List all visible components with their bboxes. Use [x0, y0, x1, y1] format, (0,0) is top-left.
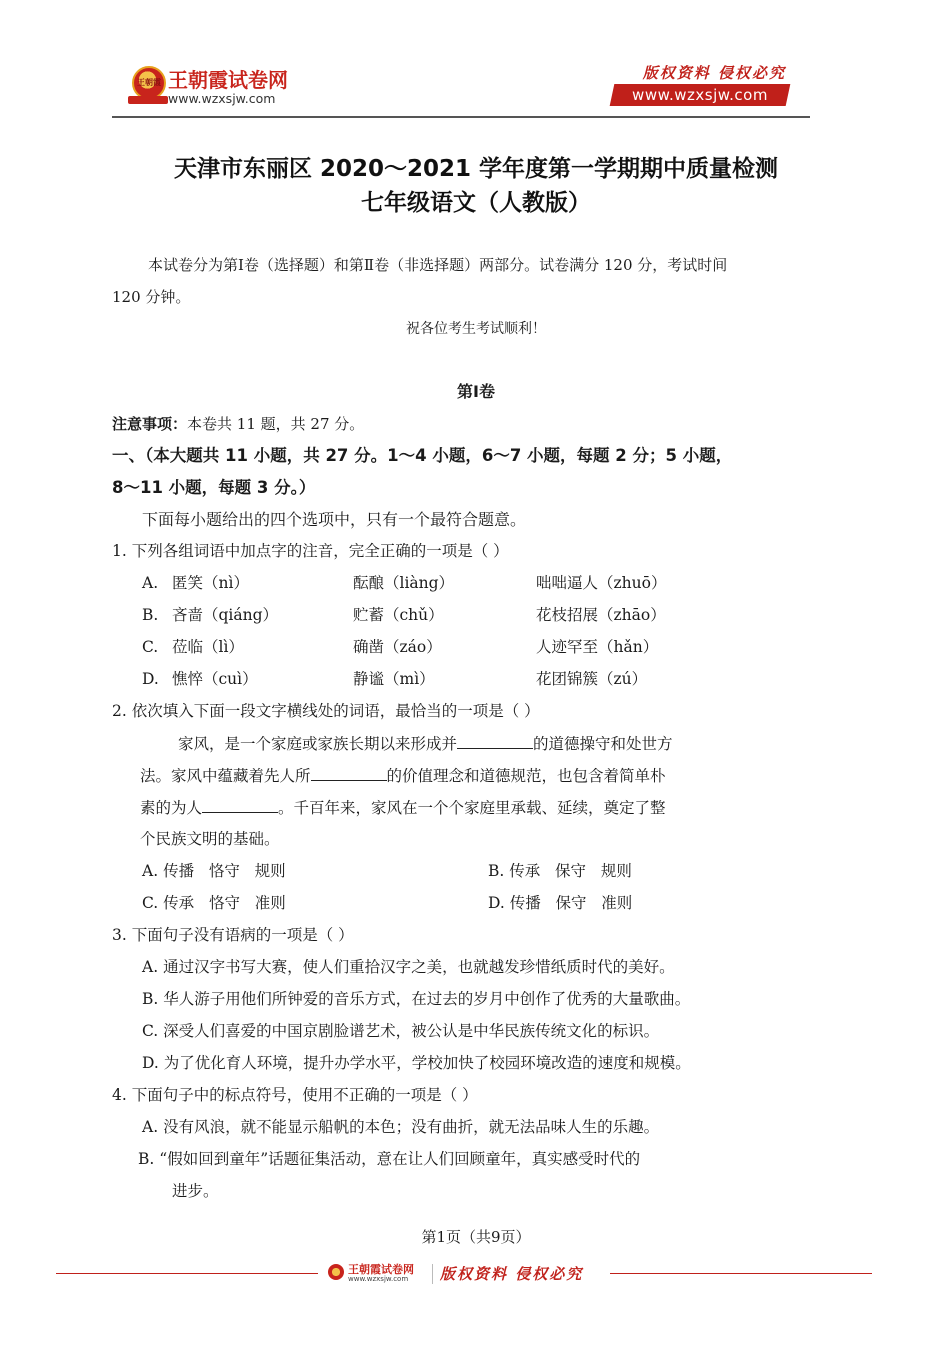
- footer-copyright: 版权资料 侵权必究: [440, 1263, 583, 1284]
- passage-text: 家风，是一个家庭或家族长期以来形成并: [178, 735, 457, 753]
- logo-badge: 王朝霞: [132, 66, 166, 100]
- page-footer: 王朝霞试卷网 www.wzxsjw.com 版权资料 侵权必究: [56, 1262, 872, 1286]
- option-label: D.: [142, 1054, 159, 1072]
- footer-separator: [432, 1264, 433, 1284]
- exam-title: 天津市东丽区 2020～2021 学年度第一学期期中质量检测: [0, 150, 952, 183]
- part-heading-line-2: 8～11 小题，每题 3 分。）: [112, 478, 315, 498]
- question-3-stem: 3. 下面句子没有语病的一项是（ ）: [112, 925, 354, 945]
- option-item: 人迹罕至（hǎn）: [536, 637, 658, 657]
- option-text: 通过汉字书写大赛，使人们重拾汉字之美，也就越发珍惜纸质时代的美好。: [163, 958, 675, 976]
- fill-blank-3: [202, 797, 278, 813]
- option-item: 花团锦簇（zú）: [536, 669, 647, 689]
- url-banner: www.wzxsjw.com: [610, 84, 791, 106]
- wish-text: 祝各位考生考试顺利！: [0, 319, 952, 339]
- option-label: A.: [142, 958, 158, 976]
- option-label: D.: [488, 894, 505, 912]
- option-text: “假如回到童年”话题征集活动，意在让人们回顾童年，真实感受时代的: [159, 1150, 640, 1168]
- option-item: 莅临（lì）: [172, 637, 244, 657]
- option-label: C.: [142, 637, 158, 657]
- footer-rule-left: [56, 1273, 318, 1274]
- notice-label: 注意事项：: [112, 415, 187, 433]
- fill-blank-2: [311, 765, 387, 781]
- option-d: D. 传播 保守 准则: [488, 893, 632, 913]
- option-c: C. 传承 恪守 准则: [142, 893, 286, 913]
- question-2-stem: 2. 依次填入下面一段文字横线处的词语，最恰当的一项是（ ）: [112, 701, 540, 721]
- question-4-stem: 4. 下面句子中的标点符号，使用不正确的一项是（ ）: [112, 1085, 478, 1105]
- option-label: D.: [142, 669, 159, 689]
- option-text: 深受人们喜爱的中国京剧脸谱艺术，被公认是中华民族传统文化的标识。: [163, 1022, 659, 1040]
- footer-brand: 王朝霞试卷网 www.wzxsjw.com 版权资料 侵权必究: [328, 1262, 608, 1286]
- brand-url: www.wzxsjw.com: [168, 91, 275, 106]
- option-label: A.: [142, 573, 158, 593]
- option-text: 没有风浪，就不能显示船帆的本色；没有曲折，就无法品味人生的乐趣。: [163, 1118, 659, 1136]
- option-text: 传承 保守 规则: [509, 862, 632, 880]
- passage-line-4: 个民族文明的基础。: [140, 829, 280, 849]
- passage-text: 。千百年来，家风在一个个家庭里承载、延续，奠定了整: [278, 799, 666, 817]
- passage-text: 法。家风中蕴藏着先人所: [140, 767, 311, 785]
- option-label: B.: [142, 990, 158, 1008]
- url-banner-text: www.wzxsjw.com: [612, 84, 788, 106]
- intro-line-2: 120 分钟。: [112, 287, 190, 307]
- option-label: C.: [142, 894, 158, 912]
- option-b-continued: 进步。: [172, 1181, 219, 1201]
- option-b: B. 传承 保守 规则: [488, 861, 632, 881]
- option-d: D. 为了优化育人环境，提升办学水平，学校加快了校园环境改造的速度和规模。: [142, 1053, 691, 1073]
- copyright-notice: 版权资料 侵权必究: [643, 62, 786, 83]
- footer-rule-right: [610, 1273, 872, 1274]
- option-text: 传播 恪守 规则: [163, 862, 286, 880]
- option-item: 咄咄逼人（zhuō）: [536, 573, 666, 593]
- page-header: 王朝霞 王朝霞试卷网 www.wzxsjw.com 版权资料 侵权必究 www.…: [110, 60, 810, 118]
- passage-text: 的道德操守和处世方: [533, 735, 673, 753]
- option-label: A.: [142, 1118, 158, 1136]
- option-item: 花枝招展（zhāo）: [536, 605, 666, 625]
- option-item: 静谧（mì）: [353, 669, 435, 689]
- notice: 注意事项：本卷共 11 题，共 27 分。: [112, 414, 364, 434]
- option-text: 传承 恪守 准则: [163, 894, 286, 912]
- brand-logo-icon: [328, 1264, 344, 1280]
- fill-blank-1: [457, 733, 533, 749]
- option-label: A.: [142, 862, 158, 880]
- part-heading-line-1: 一、（本大题共 11 小题，共 27 分。1～4 小题，6～7 小题，每题 2 …: [112, 446, 732, 466]
- passage-text: 素的为人: [140, 799, 202, 817]
- option-text: 华人游子用他们所钟爱的音乐方式，在过去的岁月中创作了优秀的大量歌曲。: [163, 990, 690, 1008]
- option-label: B.: [142, 605, 158, 625]
- option-item: 确凿（záo）: [353, 637, 442, 657]
- option-b: B. 华人游子用他们所钟爱的音乐方式，在过去的岁月中创作了优秀的大量歌曲。: [142, 989, 690, 1009]
- page-number: 第1页（共9页）: [0, 1226, 952, 1247]
- option-item: 酝酿（liàng）: [353, 573, 454, 593]
- option-label: B.: [138, 1150, 154, 1168]
- option-item: 匿笑（nì）: [172, 573, 249, 593]
- option-a: A. 没有风浪，就不能显示船帆的本色；没有曲折，就无法品味人生的乐趣。: [142, 1117, 659, 1137]
- intro-line-1: 本试卷分为第Ⅰ卷（选择题）和第Ⅱ卷（非选择题）两部分。试卷满分 120 分，考试…: [148, 255, 727, 275]
- option-item: 憔悴（cuì）: [172, 669, 258, 689]
- option-c: C. 深受人们喜爱的中国京剧脸谱艺术，被公认是中华民族传统文化的标识。: [142, 1021, 659, 1041]
- passage-line-3: 素的为人。千百年来，家风在一个个家庭里承载、延续，奠定了整: [140, 797, 666, 818]
- logo-ribbon: [128, 96, 168, 104]
- logo-text: 王朝霞: [134, 77, 164, 88]
- passage-line-2: 法。家风中蕴藏着先人所的价值理念和道德规范，也包含着简单朴: [140, 765, 666, 786]
- option-label: B.: [488, 862, 504, 880]
- option-b: B. “假如回到童年”话题征集活动，意在让人们回顾童年，真实感受时代的: [138, 1149, 640, 1169]
- question-1-stem: 1. 下列各组词语中加点字的注音，完全正确的一项是（ ）: [112, 541, 509, 561]
- brand-name: 王朝霞试卷网: [168, 64, 288, 93]
- option-text: 传播 保守 准则: [510, 894, 633, 912]
- option-label: C.: [142, 1022, 158, 1040]
- option-item: 贮蓄（chǔ）: [353, 605, 444, 625]
- option-text: 为了优化育人环境，提升办学水平，学校加快了校园环境改造的速度和规模。: [164, 1054, 691, 1072]
- option-a: A. 通过汉字书写大赛，使人们重拾汉字之美，也就越发珍惜纸质时代的美好。: [142, 957, 675, 977]
- passage-text: 的价值理念和道德规范，也包含着简单朴: [387, 767, 666, 785]
- notice-text: 本卷共 11 题，共 27 分。: [187, 415, 364, 433]
- option-a: A. 传播 恪守 规则: [142, 861, 286, 881]
- passage-line-1: 家风，是一个家庭或家族长期以来形成并的道德操守和处世方: [178, 733, 673, 754]
- section-heading: 第Ⅰ卷: [0, 382, 952, 402]
- option-item: 吝啬（qiáng）: [172, 605, 278, 625]
- brand-logo-icon: 王朝霞: [128, 64, 172, 110]
- header-divider: [112, 116, 810, 118]
- instruction: 下面每小题给出的四个选项中，只有一个最符合题意。: [142, 510, 526, 530]
- footer-brand-url: www.wzxsjw.com: [348, 1275, 408, 1283]
- exam-subtitle: 七年级语文（人教版）: [0, 184, 952, 217]
